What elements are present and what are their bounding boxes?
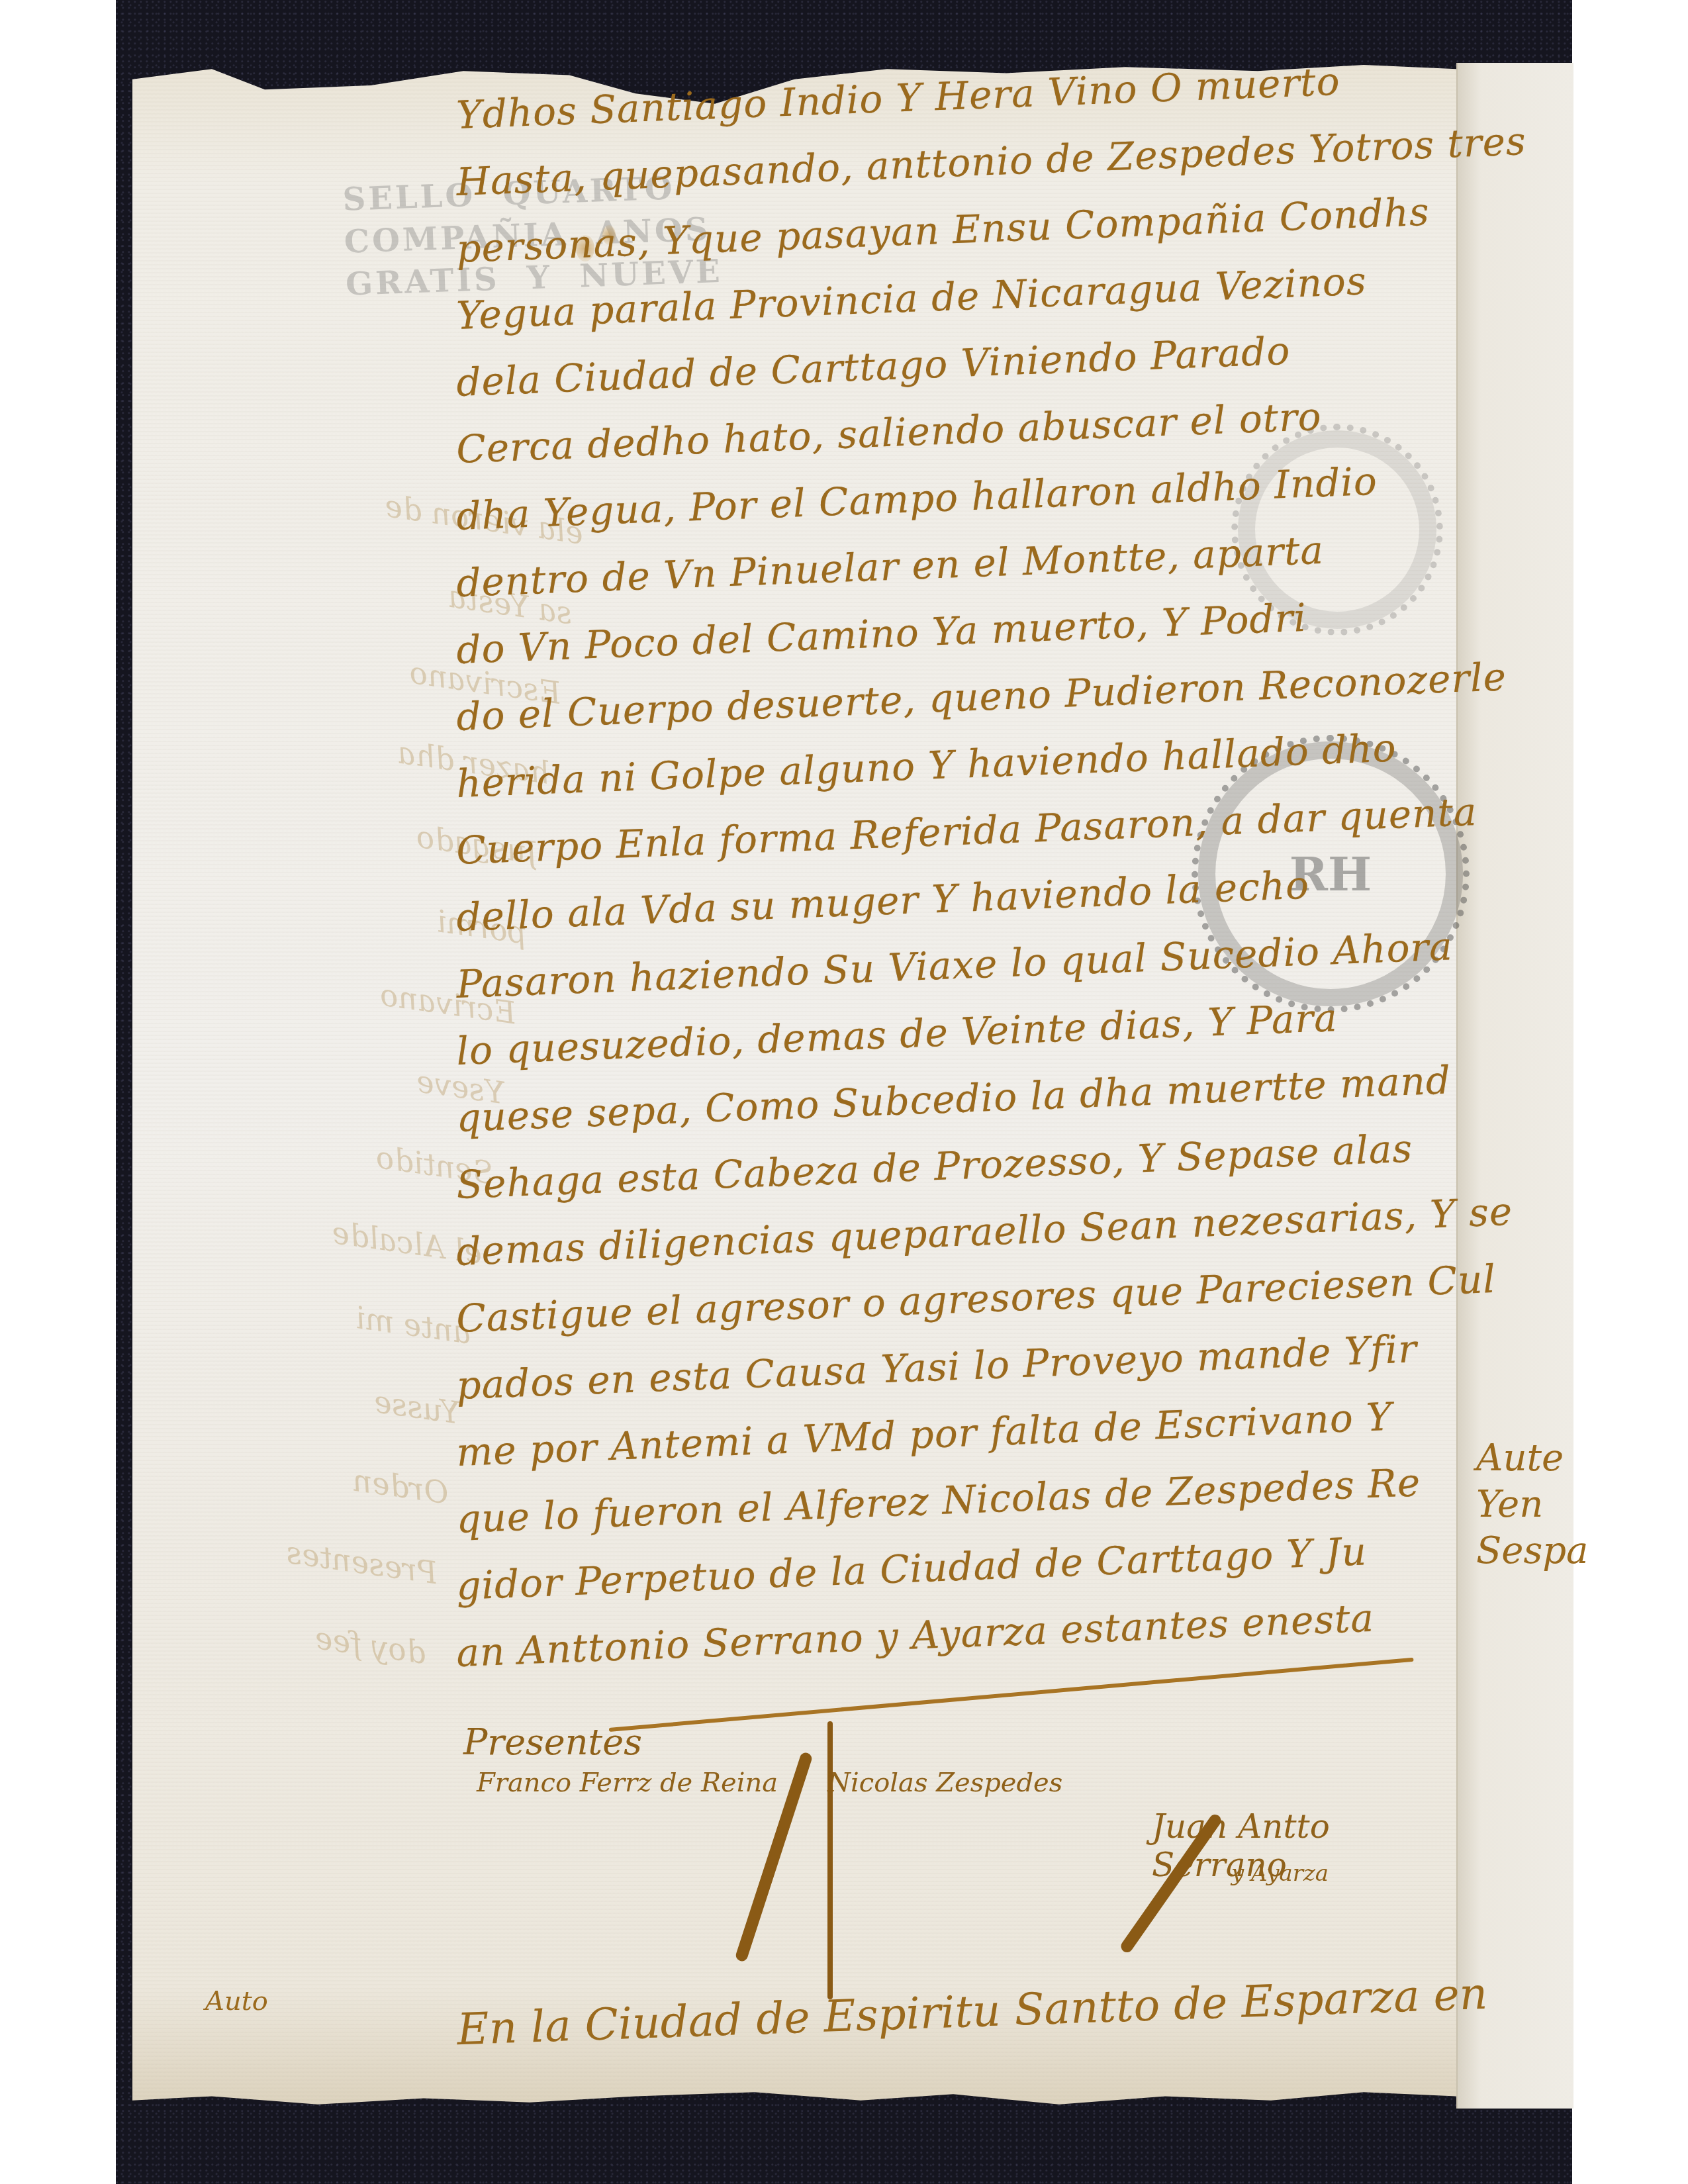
signature-ferrz-de-reina: Franco Ferrz de Reina bbox=[477, 1768, 778, 1798]
manuscript-body: Ydhos Santiago Indio Y Hera Vino O muert… bbox=[457, 93, 1470, 1697]
adjacent-page-edge bbox=[1456, 63, 1573, 2109]
margin-note-auto: Auto bbox=[205, 1986, 268, 2017]
presentes-label: Presentes bbox=[463, 1721, 642, 1763]
rubric-flourish bbox=[827, 1721, 833, 1999]
adjacent-page-text: Aute bbox=[1476, 1437, 1564, 1480]
signature-ayarza: y Ayarza bbox=[1231, 1860, 1329, 1887]
adjacent-page-text: Yen bbox=[1476, 1483, 1543, 1526]
signature-block: Presentes Franco Ferrz de Reina Nicolas … bbox=[463, 1721, 1456, 1920]
signature-nicolas-zespedes: Nicolas Zespedes bbox=[827, 1768, 1062, 1798]
adjacent-page-text: Sespa bbox=[1476, 1529, 1588, 1572]
